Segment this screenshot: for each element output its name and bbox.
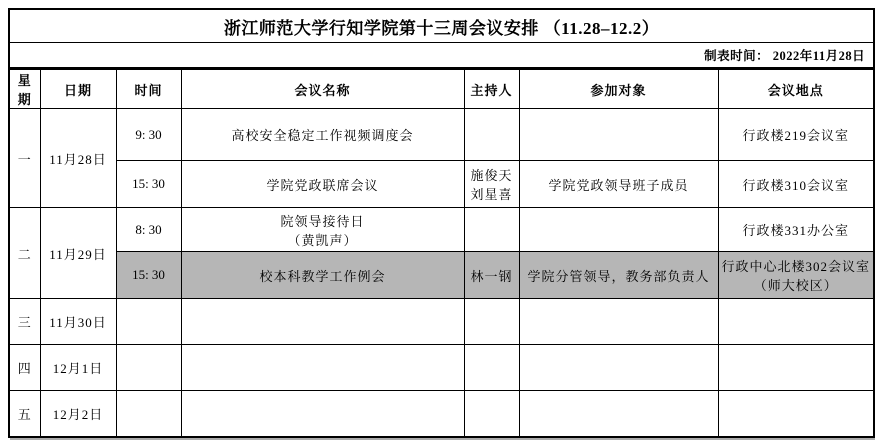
day-date-cell: 11月30日 xyxy=(40,299,116,345)
table-row: 三 11月30日 xyxy=(9,299,874,345)
meeting-location-cell xyxy=(718,345,874,391)
meeting-time-cell: 9: 30 xyxy=(116,109,181,161)
meeting-location-cell: 行政楼310会议室 xyxy=(718,161,874,208)
day-date-cell: 12月1日 xyxy=(40,345,116,391)
meeting-name-cell: 院领导接待日 （黄凯声） xyxy=(181,208,464,252)
meta-row: 制表时间： 2022年11月28日 xyxy=(9,43,874,69)
meeting-name-cell xyxy=(181,391,464,438)
meeting-attendees-cell: 学院党政领导班子成员 xyxy=(519,161,718,208)
meeting-time-cell: 15: 30 xyxy=(116,252,181,299)
meeting-attendees-cell xyxy=(519,345,718,391)
meeting-location-cell: 行政楼219会议室 xyxy=(718,109,874,161)
header-date: 日期 xyxy=(40,69,116,109)
day-date-cell: 12月2日 xyxy=(40,391,116,438)
title-row: 浙江师范大学行知学院第十三周会议安排 （11.28–12.2） xyxy=(9,9,874,43)
table-row: 15: 30 学院党政联席会议 施俊天 刘星喜 学院党政领导班子成员 行政楼31… xyxy=(9,161,874,208)
meeting-host-cell: 施俊天 刘星喜 xyxy=(464,161,519,208)
header-week: 星期 xyxy=(9,69,40,109)
header-attendees: 参加对象 xyxy=(519,69,718,109)
meeting-name-cell: 校本科教学工作例会 xyxy=(181,252,464,299)
meeting-host-cell xyxy=(464,109,519,161)
day-date-cell: 11月28日 xyxy=(40,109,116,208)
meeting-attendees-cell xyxy=(519,299,718,345)
meeting-time-cell xyxy=(116,345,181,391)
meeting-name-cell xyxy=(181,345,464,391)
header-host: 主持人 xyxy=(464,69,519,109)
schedule-table: 浙江师范大学行知学院第十三周会议安排 （11.28–12.2） 制表时间： 20… xyxy=(8,8,875,438)
meeting-attendees-cell: 学院分管领导，教务部负责人 xyxy=(519,252,718,299)
day-week-cell: 一 xyxy=(9,109,40,208)
meeting-name-cell: 高校安全稳定工作视频调度会 xyxy=(181,109,464,161)
day-date-cell: 11月29日 xyxy=(40,208,116,299)
page-title: 浙江师范大学行知学院第十三周会议安排 （11.28–12.2） xyxy=(9,9,874,43)
header-row: 星期 日期 时间 会议名称 主持人 参加对象 会议地点 xyxy=(9,69,874,109)
table-row: 一 11月28日 9: 30 高校安全稳定工作视频调度会 行政楼219会议室 xyxy=(9,109,874,161)
meeting-attendees-cell xyxy=(519,391,718,438)
meeting-attendees-cell xyxy=(519,109,718,161)
table-row: 四 12月1日 xyxy=(9,345,874,391)
meeting-location-cell: 行政中心北楼302会议室 （师大校区） xyxy=(718,252,874,299)
meeting-host-cell xyxy=(464,299,519,345)
table-row: 五 12月2日 xyxy=(9,391,874,438)
meeting-time-cell: 15: 30 xyxy=(116,161,181,208)
header-name: 会议名称 xyxy=(181,69,464,109)
meeting-time-cell: 8: 30 xyxy=(116,208,181,252)
meeting-host-cell xyxy=(464,345,519,391)
meta-timestamp: 制表时间： 2022年11月28日 xyxy=(9,43,874,69)
meeting-time-cell xyxy=(116,391,181,438)
schedule-sheet: 浙江师范大学行知学院第十三周会议安排 （11.28–12.2） 制表时间： 20… xyxy=(8,8,873,438)
meeting-time-cell xyxy=(116,299,181,345)
day-week-cell: 四 xyxy=(9,345,40,391)
meeting-location-cell xyxy=(718,299,874,345)
meeting-name-cell: 学院党政联席会议 xyxy=(181,161,464,208)
day-week-cell: 二 xyxy=(9,208,40,299)
meeting-host-cell: 林一钢 xyxy=(464,252,519,299)
meeting-host-cell xyxy=(464,391,519,438)
day-week-cell: 三 xyxy=(9,299,40,345)
header-location: 会议地点 xyxy=(718,69,874,109)
highlighted-meeting-row: 15: 30 校本科教学工作例会 林一钢 学院分管领导，教务部负责人 行政中心北… xyxy=(9,252,874,299)
meeting-attendees-cell xyxy=(519,208,718,252)
header-time: 时间 xyxy=(116,69,181,109)
meeting-location-cell: 行政楼331办公室 xyxy=(718,208,874,252)
table-row: 二 11月29日 8: 30 院领导接待日 （黄凯声） 行政楼331办公室 xyxy=(9,208,874,252)
meeting-location-cell xyxy=(718,391,874,438)
meeting-name-cell xyxy=(181,299,464,345)
day-week-cell: 五 xyxy=(9,391,40,438)
meeting-host-cell xyxy=(464,208,519,252)
